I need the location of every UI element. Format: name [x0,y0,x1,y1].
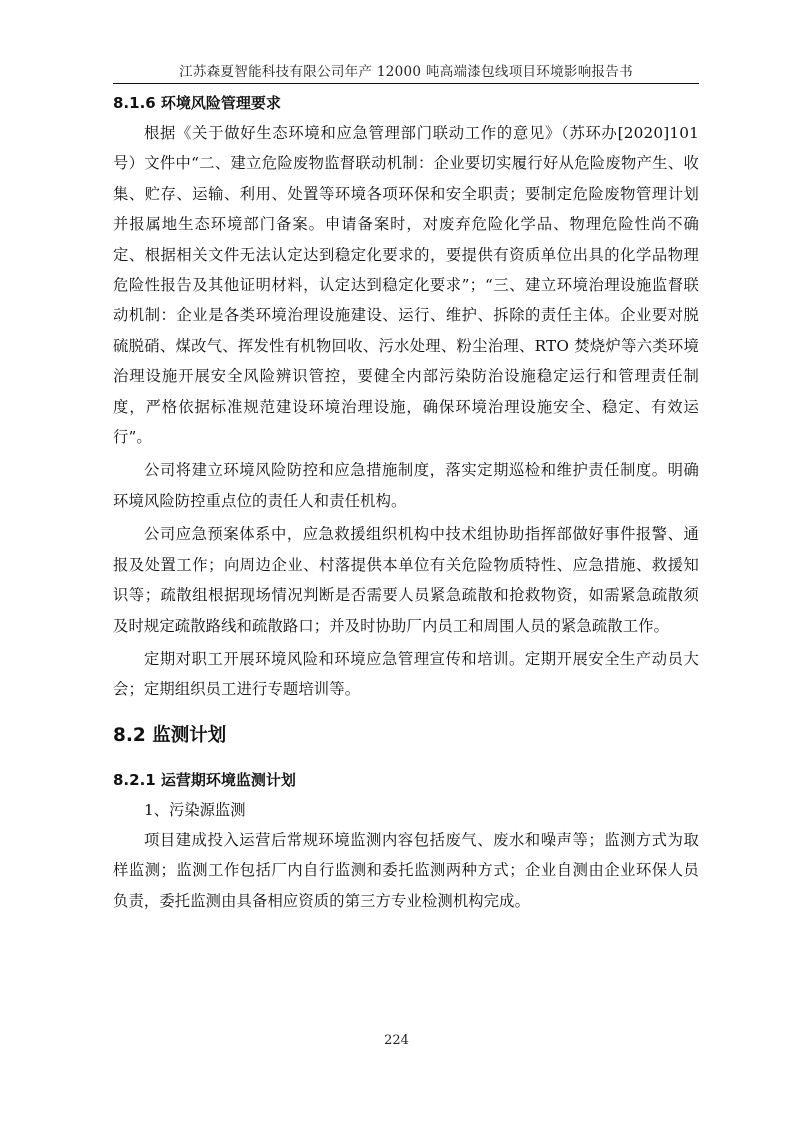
page-number: 224 [0,1033,793,1048]
header-divider [113,83,699,84]
section-heading-8-2-1: 8.2.1 运营期环境监测计划 [113,765,699,795]
page-body: 8.1.6 环境风险管理要求 根据《关于做好生态环境和应急管理部门联动工作的意见… [113,88,699,916]
list-item: 1、污染源监测 [113,795,699,825]
paragraph: 定期对职工开展环境风险和环境应急管理宣传和培训。定期开展安全生产动员大会；定期组… [113,644,699,705]
section-heading-8-1-6: 8.1.6 环境风险管理要求 [113,88,699,118]
running-header: 江苏森夏智能科技有限公司年产 12000 吨高端漆包线项目环境影响报告书 [113,63,699,81]
section-heading-8-2: 8.2 监测计划 [113,721,699,751]
paragraph: 公司将建立环境风险防控和应急措施制度，落实定期巡检和维护责任制度。明确环境风险防… [113,455,699,516]
paragraph: 项目建成投入运营后常规环境监测内容包括废气、废水和噪声等；监测方式为取样监测；监… [113,825,699,916]
paragraph: 根据《关于做好生态环境和应急管理部门联动工作的意见》（苏环办[2020]101号… [113,118,699,452]
paragraph: 公司应急预案体系中，应急救援组织机构中技术组协助指挥部做好事件报警、通报及处置工… [113,519,699,641]
